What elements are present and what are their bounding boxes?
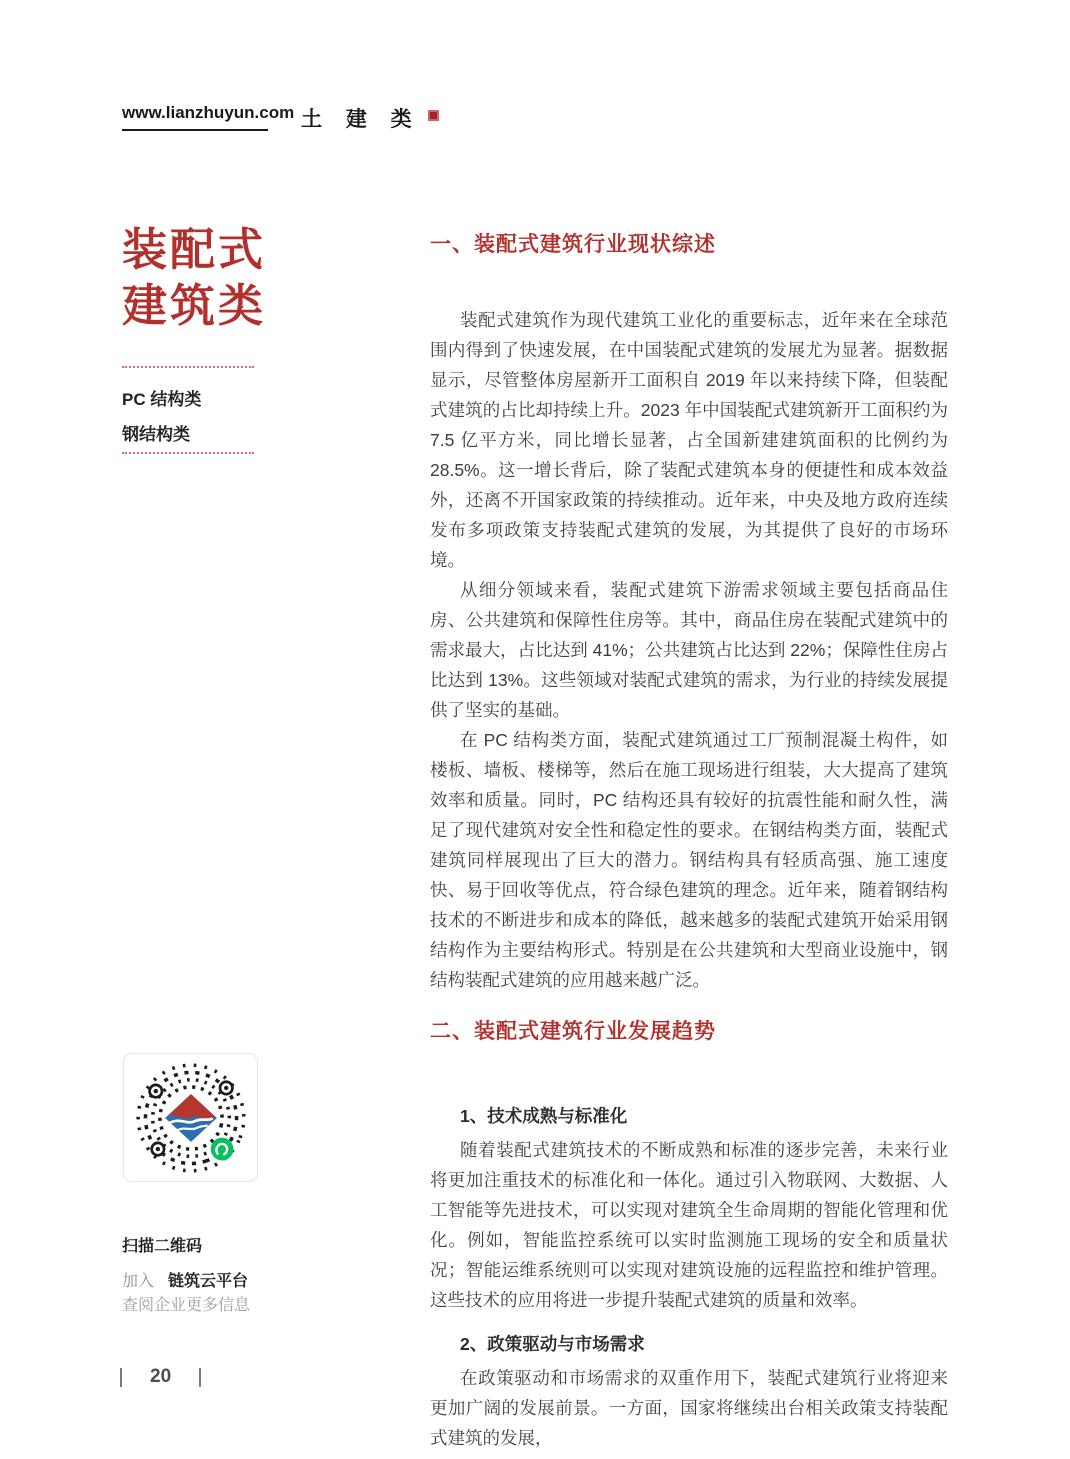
chapter-title-line2: 建筑类 [122,278,266,334]
page-number: 20 [120,1366,201,1388]
red-square-bullet-icon [428,110,439,121]
section1-paragraph-3: 在 PC 结构类方面，装配式建筑通过工厂预制混凝土构件，如楼板、墙板、楼梯等，然… [430,725,948,995]
category-label: 土 建 类 [301,103,421,133]
chapter-title: 装配式 建筑类 [122,222,266,334]
page-number-value: 20 [150,1366,171,1388]
qr-caption-more: 查阅企业更多信息 [122,1292,250,1315]
document-page: www.lianzhuyun.com 土 建 类 装配式 建筑类 PC 结构类 … [0,0,1070,1459]
subsection1-title: 1、技术成熟与标准化 [430,1103,948,1128]
qr-caption-join: 加入链筑云平台 [122,1268,248,1291]
dotted-divider [122,366,254,368]
section1-paragraph-2: 从细分领域来看，装配式建筑下游需求领域主要包括商品住房、公共建筑和保障性住房等。… [430,575,948,725]
dotted-divider [122,452,254,454]
section1-heading: 一、装配式建筑行业现状综述 [430,228,948,258]
wechat-icon [210,1137,233,1160]
chapter-title-line1: 装配式 [122,222,266,278]
qr-caption-join-word: 加入 [122,1273,154,1290]
qr-caption-title: 扫描二维码 [122,1233,202,1256]
section2-heading: 二、装配式建筑行业发展趋势 [430,1015,948,1045]
site-url: www.lianzhuyun.com [122,103,268,131]
section1-paragraph-1: 装配式建筑作为现代建筑工业化的重要标志，近年来在全球范围内得到了快速发展，在中国… [430,305,948,575]
subsection2-paragraph: 在政策驱动和市场需求的双重作用下，装配式建筑行业将迎来更加广阔的发展前景。一方面… [430,1363,948,1453]
page-number-bar-right [199,1368,201,1387]
main-content: 一、装配式建筑行业现状综述 装配式建筑作为现代建筑工业化的重要标志，近年来在全球… [430,228,948,1453]
page-number-bar-left [120,1368,122,1387]
subsection1-paragraph: 随着装配式建筑技术的不断成熟和标准的逐步完善，未来行业将更加注重技术的标准化和一… [430,1135,948,1315]
qr-caption-platform: 链筑云平台 [168,1273,248,1290]
sidebar-item-steel-structure: 钢结构类 [122,420,190,445]
subsection2-title: 2、政策驱动与市场需求 [430,1331,948,1356]
sidebar-item-pc-structure: PC 结构类 [122,385,201,410]
qr-code-card [123,1053,258,1182]
qr-code [133,1060,249,1176]
